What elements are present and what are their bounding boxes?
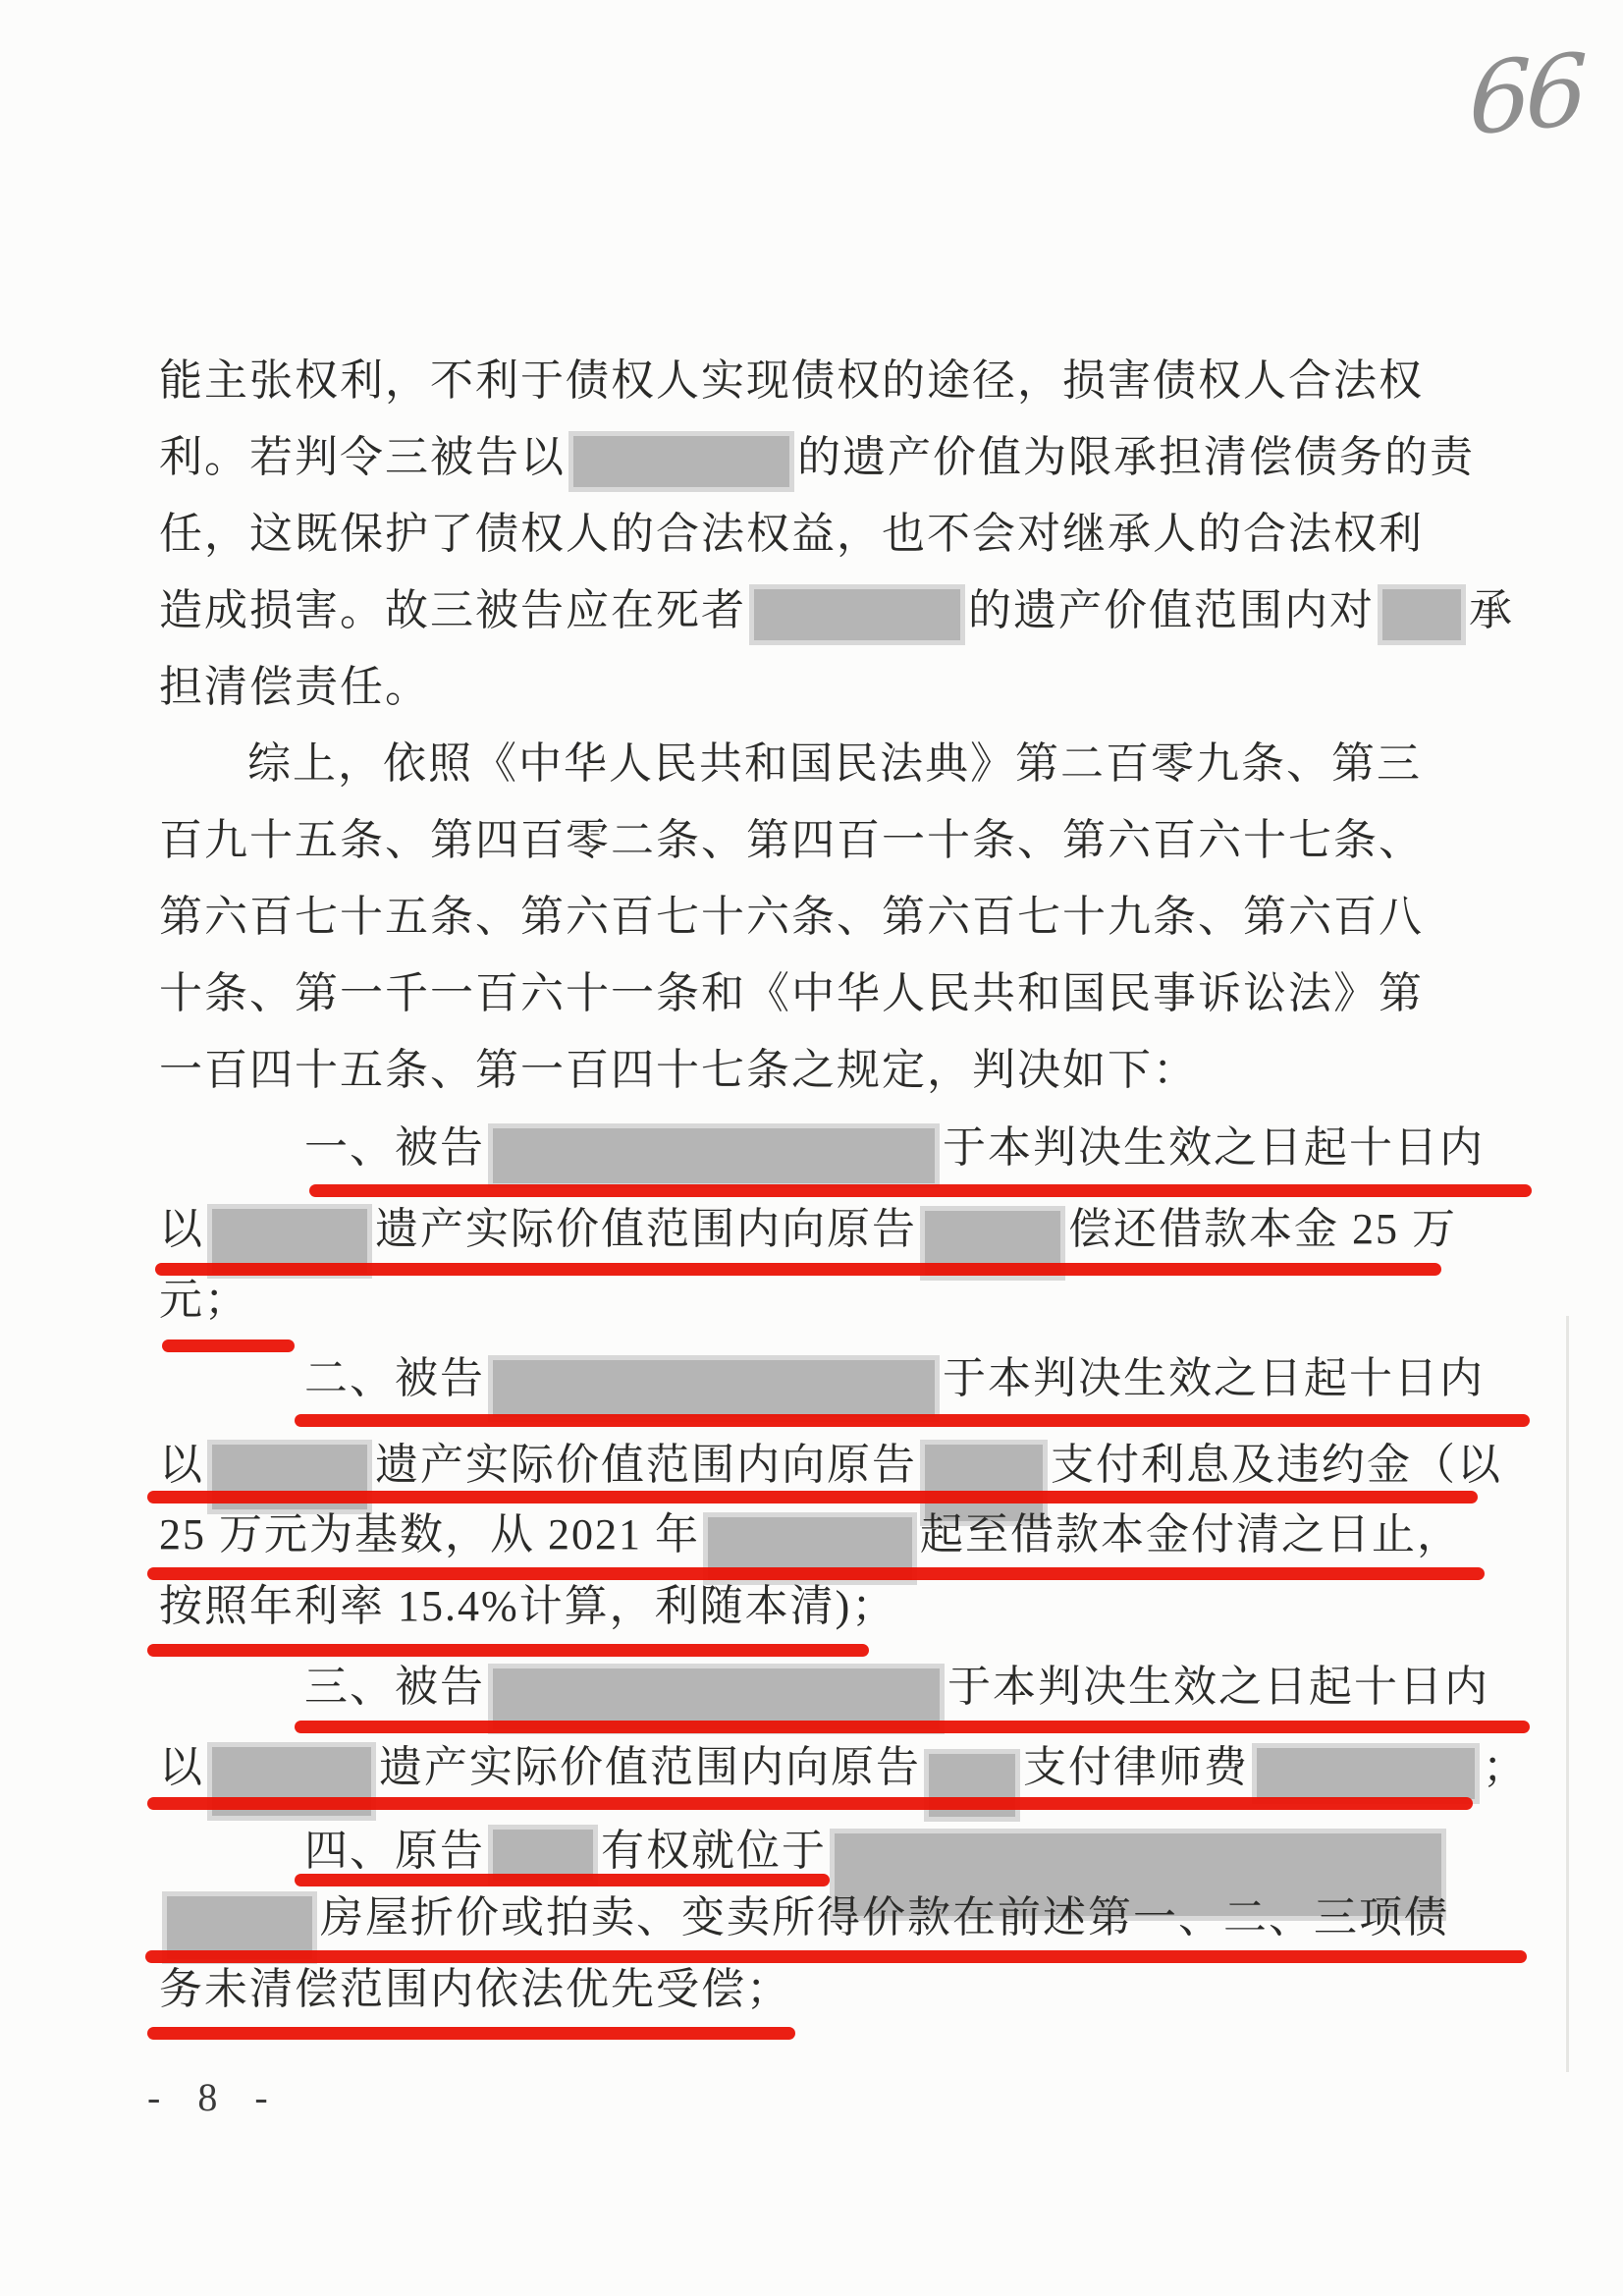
- line-text: 百九十五条、第四百零二条、第四百一十条、第六百六十七条、: [159, 816, 1424, 864]
- line-text: 有权就位于: [601, 1827, 827, 1875]
- line-text: 务未清偿范围内依法优先受偿；: [159, 1965, 791, 2013]
- redaction-box: [749, 584, 965, 645]
- text-line: 按照年利率 15.4%计算，利随本清)；: [159, 1579, 1529, 1642]
- line-text: 二、被告: [304, 1354, 485, 1402]
- text-line: 务未清偿范围内依法优先受偿；: [159, 1962, 1529, 2025]
- line-text: 综上，依照《中华人民共和国民法典》第二百零九条、第三: [247, 739, 1422, 788]
- line-text: 担清偿责任。: [159, 663, 430, 711]
- red-underline: [147, 2027, 795, 2040]
- redaction-box: [488, 1123, 940, 1188]
- line-text: 于本判决生效之日起十日内: [943, 1354, 1485, 1402]
- line-text: 以: [159, 1441, 204, 1489]
- line-text: 十条、第一千一百六十一条和《中华人民共和国民事诉讼法》第: [159, 969, 1424, 1017]
- text-line: 以遗产实际价值范围内向原告偿还借款本金 25 万: [159, 1196, 1529, 1259]
- text-line: 一百四十五条、第一百四十七条之规定，判决如下：: [159, 1043, 1529, 1106]
- red-underline: [162, 1339, 295, 1352]
- text-line: 25 万元为基数，从 2021 年起至借款本金付清之日止，: [159, 1503, 1529, 1565]
- line-text: 支付利息及违约金（以: [1051, 1441, 1502, 1489]
- line-text: 于本判决生效之日起十日内: [943, 1123, 1485, 1172]
- line-text: 支付律师费: [1023, 1743, 1249, 1791]
- red-underline: [295, 1874, 830, 1886]
- line-text: 造成损害。故三被告应在死者: [159, 586, 746, 634]
- page-number: - 8 -: [147, 2074, 282, 2120]
- text-line: 任，这既保护了债权人的合法权益，也不会对继承人的合法权利: [159, 507, 1529, 570]
- line-text: 利。若判令三被告以: [159, 433, 566, 481]
- text-line: 元；: [159, 1273, 1529, 1336]
- text-line: 十条、第一千一百六十一条和《中华人民共和国民事诉讼法》第: [159, 966, 1529, 1029]
- line-text: 的遗产价值为限承担清偿债务的责: [797, 433, 1475, 481]
- line-text: 按照年利率 15.4%计算，利随本清)；: [159, 1582, 896, 1630]
- red-underline: [295, 1721, 1530, 1733]
- line-text: 承: [1469, 586, 1514, 634]
- text-line: 综上，依照《中华人民共和国民法典》第二百零九条、第三: [159, 737, 1617, 799]
- line-text: 的遗产价值范围内对: [968, 586, 1375, 634]
- text-line: 一、被告于本判决生效之日起十日内: [159, 1120, 1623, 1182]
- text-line: 以遗产实际价值范围内向原告支付利息及违约金（以: [159, 1426, 1529, 1489]
- line-text: ；: [1483, 1743, 1528, 1791]
- red-underline: [147, 1644, 869, 1657]
- line-text: 25 万元为基数，从 2021 年: [159, 1510, 700, 1558]
- line-text: 元；: [159, 1276, 249, 1324]
- redaction-box: [488, 1355, 940, 1422]
- redaction-box: [568, 431, 794, 492]
- red-underline: [295, 1414, 1530, 1427]
- text-line: 担清偿责任。: [159, 660, 1529, 723]
- handwritten-page-number: 66: [1468, 32, 1583, 158]
- line-text: 一、被告: [304, 1123, 485, 1172]
- line-text: 遗产实际价值范围内向原告: [375, 1205, 917, 1253]
- red-underline: [145, 1950, 1527, 1963]
- line-text: 第六百七十五条、第六百七十六条、第六百七十九条、第六百八: [159, 893, 1424, 941]
- text-line: 利。若判令三被告以的遗产价值为限承担清偿债务的责: [159, 430, 1529, 493]
- line-text: 能主张权利，不利于债权人实现债权的途径，损害债权人合法权: [159, 356, 1424, 405]
- red-underline: [309, 1184, 1532, 1197]
- red-underline: [147, 1797, 1473, 1810]
- line-text: 遗产实际价值范围内向原告: [379, 1743, 921, 1791]
- text-line: 以遗产实际价值范围内向原告支付律师费；: [159, 1732, 1529, 1795]
- text-line: 能主张权利，不利于债权人实现债权的途径，损害债权人合法权: [159, 354, 1529, 416]
- scan-artifact-line: [1566, 1316, 1569, 2072]
- line-text: 四、原告: [304, 1827, 485, 1875]
- line-text: 以: [159, 1743, 204, 1791]
- red-underline: [147, 1491, 1478, 1503]
- redaction-box: [1378, 584, 1466, 645]
- text-line: 第六百七十五条、第六百七十六条、第六百七十九条、第六百八: [159, 890, 1529, 953]
- text-line: 三、被告于本判决生效之日起十日内: [159, 1656, 1623, 1719]
- text-line: 四、原告有权就位于: [159, 1809, 1623, 1872]
- line-text: 偿还借款本金 25 万: [1068, 1205, 1457, 1253]
- line-text: 遗产实际价值范围内向原告: [375, 1441, 917, 1489]
- red-underline: [155, 1263, 1441, 1276]
- text-line: 百九十五条、第四百零二条、第四百一十条、第六百六十七条、: [159, 813, 1529, 876]
- text-line: 房屋折价或拍卖、变卖所得价款在前述第一、二、三项债: [159, 1886, 1529, 1948]
- red-underline: [147, 1567, 1485, 1580]
- text-line: 二、被告于本判决生效之日起十日内: [159, 1349, 1623, 1412]
- line-text: 一百四十五条、第一百四十七条之规定，判决如下：: [159, 1046, 1198, 1094]
- line-text: 以: [159, 1205, 204, 1253]
- line-text: 起至借款本金付清之日止，: [920, 1510, 1462, 1558]
- line-text: 任，这既保护了债权人的合法权益，也不会对继承人的合法权利: [159, 510, 1424, 558]
- line-text: 房屋折价或拍卖、变卖所得价款在前述第一、二、三项债: [320, 1893, 1449, 1941]
- line-text: 于本判决生效之日起十日内: [947, 1663, 1489, 1711]
- redaction-box: [1252, 1743, 1480, 1804]
- line-text: 三、被告: [304, 1663, 485, 1711]
- document-page: 66 能主张权利，不利于债权人实现债权的途径，损害债权人合法权利。若判令三被告以…: [0, 0, 1623, 2296]
- text-line: 造成损害。故三被告应在死者的遗产价值范围内对承: [159, 583, 1529, 646]
